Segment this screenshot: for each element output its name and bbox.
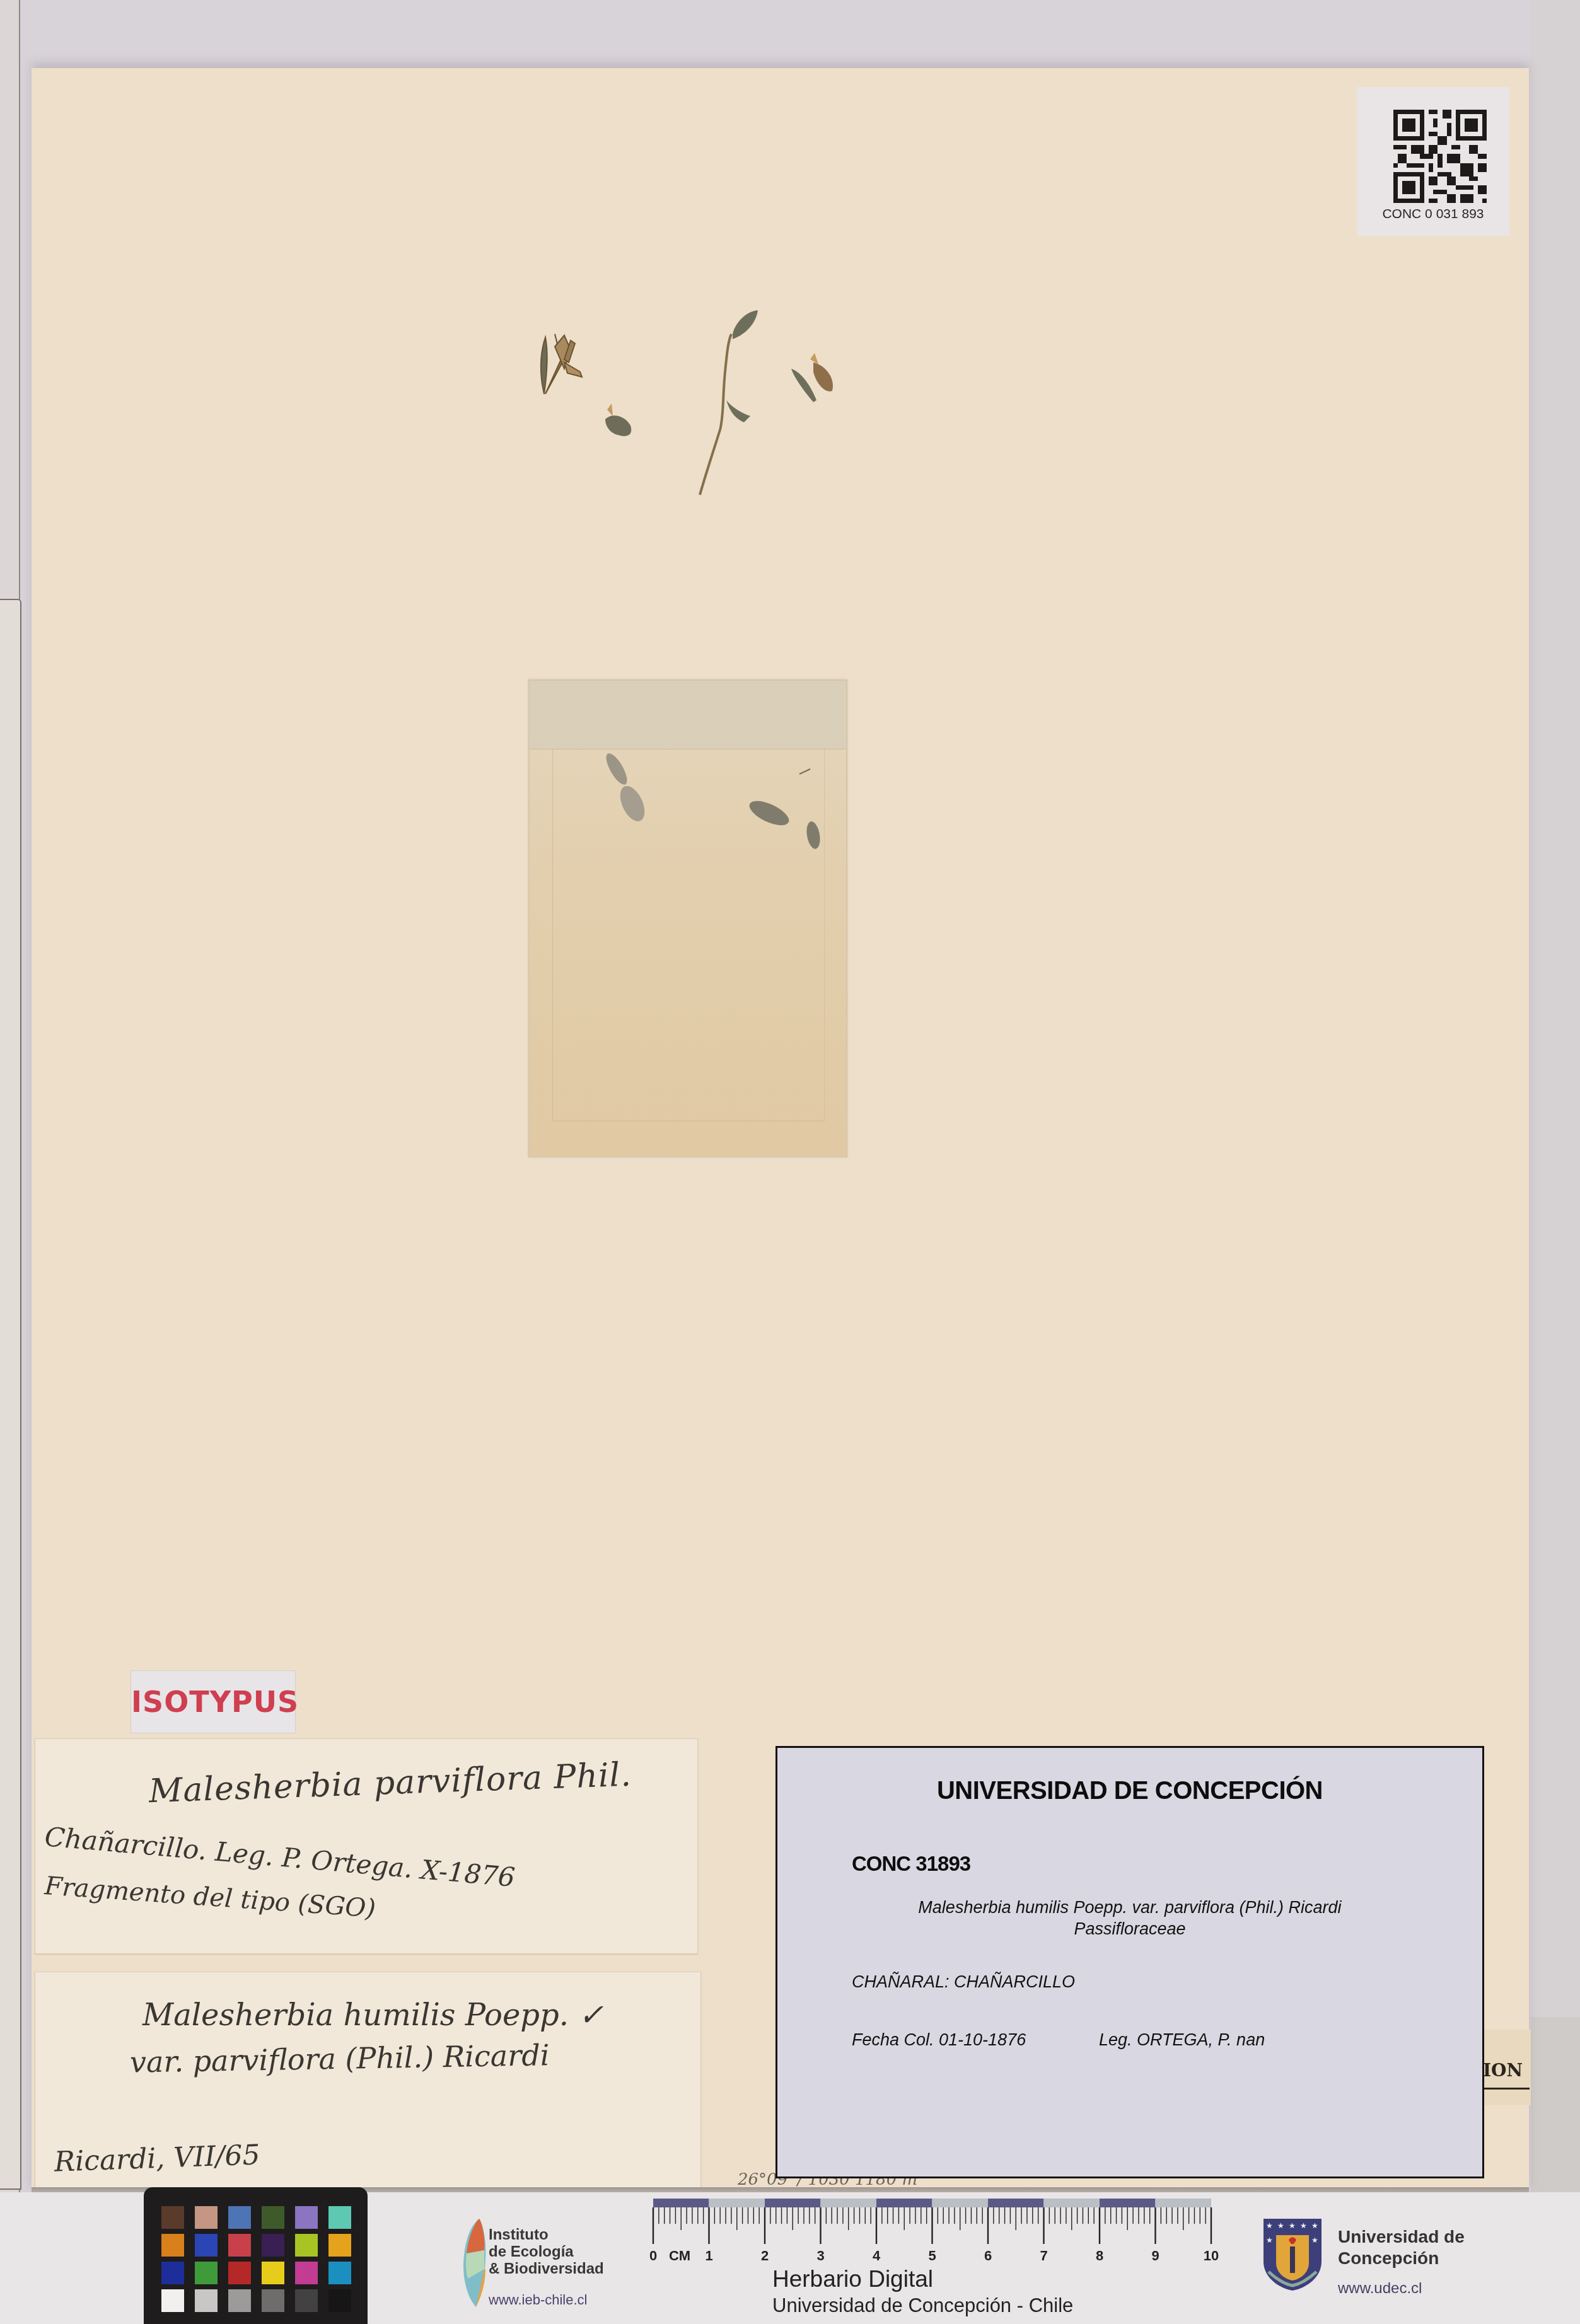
fragment-envelope[interactable] [528, 679, 847, 1157]
locality: CHAÑARAL: CHAÑARCILLO [852, 1972, 1075, 1992]
color-swatch [262, 2206, 284, 2229]
svg-text:1: 1 [705, 2248, 712, 2263]
hand-determiner-date: Ricardi, VII/65 [54, 2139, 260, 2178]
svg-text:4: 4 [873, 2248, 881, 2263]
svg-text:★: ★ [1266, 2221, 1273, 2230]
color-calibration-chart [144, 2187, 368, 2324]
hand-type-note: Fragmento del tipo (SGO) [44, 1871, 376, 1924]
color-swatch [295, 2289, 318, 2312]
scale-ruler: 012345678910CM [649, 2199, 1229, 2268]
svg-text:2: 2 [761, 2248, 769, 2263]
udec-url: www.udec.cl [1338, 2280, 1422, 2298]
svg-text:5: 5 [928, 2248, 936, 2263]
color-swatch [228, 2206, 251, 2229]
hand-determination-species: Malesherbia humilis Poepp. ✓ [142, 1997, 604, 2033]
old-label-rule [1483, 2088, 1530, 2090]
background-folder-edge [0, 599, 21, 2190]
color-swatch-grid [161, 2206, 351, 2317]
color-swatch [195, 2206, 218, 2229]
collector: Leg. ORTEGA, P. nan [1099, 2030, 1265, 2050]
svg-text:6: 6 [984, 2248, 992, 2263]
herbario-title: Herbario Digital [772, 2266, 933, 2292]
herbario-subtitle: Universidad de Concepción - Chile [772, 2294, 1073, 2317]
svg-text:CM: CM [669, 2248, 690, 2263]
plant-specimens [517, 290, 1059, 504]
institution-label: UNIVERSIDAD DE CONCEPCIÓN CONC 31893 Mal… [775, 1746, 1484, 2178]
color-swatch [161, 2234, 184, 2257]
envelope-contents [530, 681, 846, 1156]
svg-text:0: 0 [649, 2248, 657, 2263]
color-swatch [161, 2206, 184, 2229]
institution-title: UNIVERSIDAD DE CONCEPCIÓN [777, 1777, 1482, 1805]
color-swatch [328, 2234, 351, 2257]
isotypus-label: ISOTYPUS [131, 1670, 296, 1733]
background-board-right [1531, 0, 1580, 2324]
svg-text:★: ★ [1311, 2221, 1318, 2230]
color-swatch [228, 2262, 251, 2284]
svg-text:★: ★ [1311, 2236, 1318, 2245]
ieb-name: Instituto de Ecología & Biodiversidad [489, 2226, 604, 2277]
color-swatch [328, 2206, 351, 2229]
svg-text:3: 3 [816, 2248, 824, 2263]
svg-text:★: ★ [1277, 2221, 1284, 2230]
handwritten-original-label: Malesherbia parviflora Phil. Chañarcillo… [35, 1738, 698, 1954]
qr-code-icon [1393, 110, 1487, 203]
catalog-number: CONC 31893 [852, 1852, 970, 1876]
color-swatch [161, 2262, 184, 2284]
color-swatch [262, 2262, 284, 2284]
svg-text:9: 9 [1151, 2248, 1159, 2263]
color-swatch [161, 2289, 184, 2312]
svg-text:★: ★ [1289, 2221, 1296, 2230]
color-swatch [295, 2234, 318, 2257]
color-swatch [262, 2234, 284, 2257]
catalog-barcode-text: CONC 0 031 893 [1357, 207, 1509, 222]
color-swatch [328, 2289, 351, 2312]
svg-text:10: 10 [1204, 2248, 1219, 2263]
svg-text:7: 7 [1040, 2248, 1047, 2263]
type-status-text: ISOTYPUS [131, 1671, 295, 1733]
color-swatch [295, 2206, 318, 2229]
color-swatch [262, 2289, 284, 2312]
taxon-name: Malesherbia humilis Poepp. var. parviflo… [777, 1898, 1482, 1917]
specimen-leaf-fragment [605, 403, 631, 436]
family-name: Passifloraceae [777, 1919, 1482, 1939]
udec-name: Universidad de Concepción [1338, 2226, 1465, 2269]
ieb-url: www.ieb-chile.cl [489, 2292, 588, 2308]
color-swatch [195, 2234, 218, 2257]
color-swatch [195, 2262, 218, 2284]
specimen-stem [700, 310, 758, 495]
color-swatch [195, 2289, 218, 2312]
color-swatch [228, 2234, 251, 2257]
svg-text:8: 8 [1096, 2248, 1103, 2263]
qr-code-label: CONC 0 031 893 [1357, 87, 1509, 236]
collection-date: Fecha Col. 01-10-1876 [852, 2030, 1026, 2050]
svg-text:★: ★ [1266, 2236, 1273, 2245]
hand-determination-variety: var. parviflora (Phil.) Ricardi [130, 2038, 550, 2079]
udec-shield-icon: ★★★★★ ★★ [1262, 2217, 1323, 2292]
svg-text:★: ★ [1300, 2221, 1307, 2230]
color-swatch [295, 2262, 318, 2284]
color-swatch [228, 2289, 251, 2312]
old-label-text: ION [1483, 2060, 1523, 2081]
color-swatch [328, 2262, 351, 2284]
specimen-flower-left [541, 334, 582, 394]
hand-taxon-name: Malesherbia parviflora Phil. [148, 1756, 632, 1811]
specimen-flower-right [791, 353, 833, 402]
handwritten-determination-label: Malesherbia humilis Poepp. ✓ var. parvif… [35, 1972, 701, 2190]
